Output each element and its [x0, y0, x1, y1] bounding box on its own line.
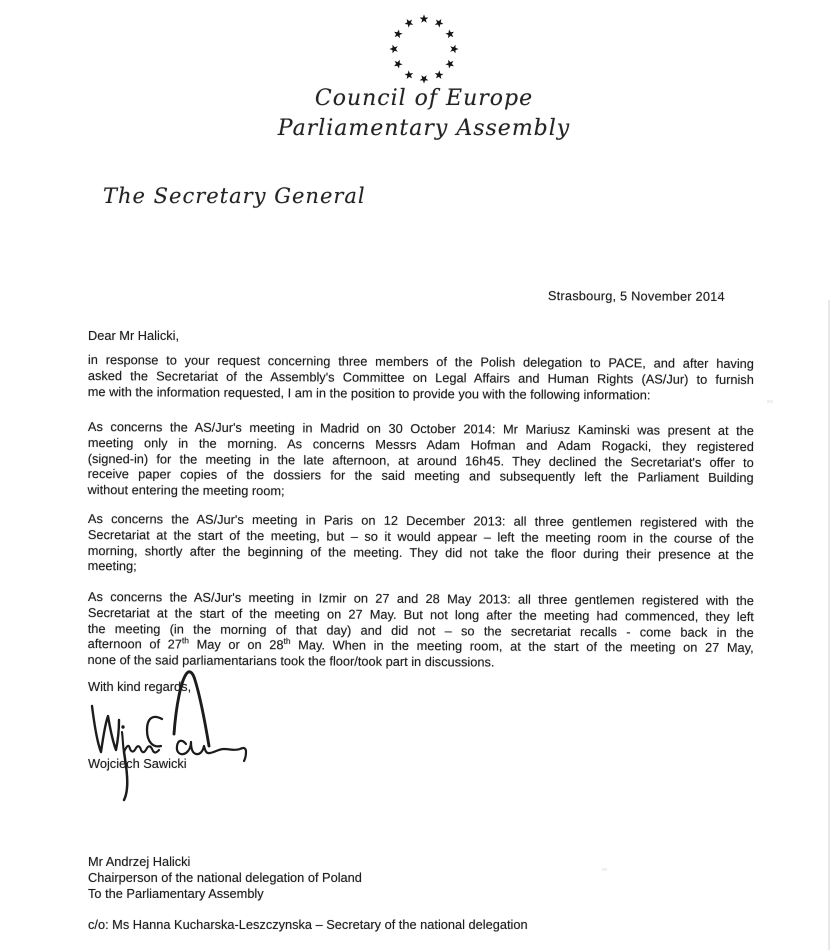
scan-edge-artifact: [828, 300, 830, 950]
paragraph-intro: in response to your request concerning t…: [88, 352, 754, 403]
paragraph-paris-meeting: As concerns the AS/Jur's meeting in Pari…: [88, 511, 754, 578]
recipient-role: Chairperson of the national delegation o…: [88, 870, 362, 886]
signatory-name: Wojciech Sawicki: [88, 756, 187, 772]
recipient-name: Mr Andrzej Halicki: [88, 854, 362, 870]
paragraph-izmir-meeting: As concerns the AS/Jur's meeting in Izmi…: [88, 589, 754, 672]
scanned-letter-page: Council of Europe Parliamentary Assembly…: [0, 0, 840, 950]
line-segment: May or on 28: [189, 637, 284, 653]
scan-speck: [602, 868, 607, 871]
scan-speck: [718, 292, 721, 295]
council-of-europe-stars-icon: [374, 3, 474, 91]
paragraph-madrid-meeting: As concerns the AS/Jur's meeting in Madr…: [88, 419, 754, 502]
sender-title: The Secretary General: [103, 184, 366, 208]
recipient-org: To the Parliamentary Assembly: [88, 886, 362, 902]
care-of-line: c/o: Ms Hanna Kucharska-Leszczynska – Se…: [88, 917, 528, 933]
salutation: Dear Mr Halicki,: [88, 328, 179, 344]
line-segment: afternoon of 27: [88, 636, 182, 652]
date-line: Strasbourg, 5 November 2014: [548, 288, 725, 305]
recipient-block: Mr Andrzej Halicki Chairperson of the na…: [88, 854, 362, 902]
org-name-line2: Parliamentary Assembly: [0, 116, 840, 141]
closing-phrase: With kind regards,: [88, 679, 191, 695]
org-name-line1: Council of Europe: [0, 86, 840, 111]
ordinal-superscript: th: [283, 636, 290, 646]
scan-speck: [767, 400, 773, 403]
line-segment: May. When in the meeting room, at the st…: [291, 638, 754, 656]
